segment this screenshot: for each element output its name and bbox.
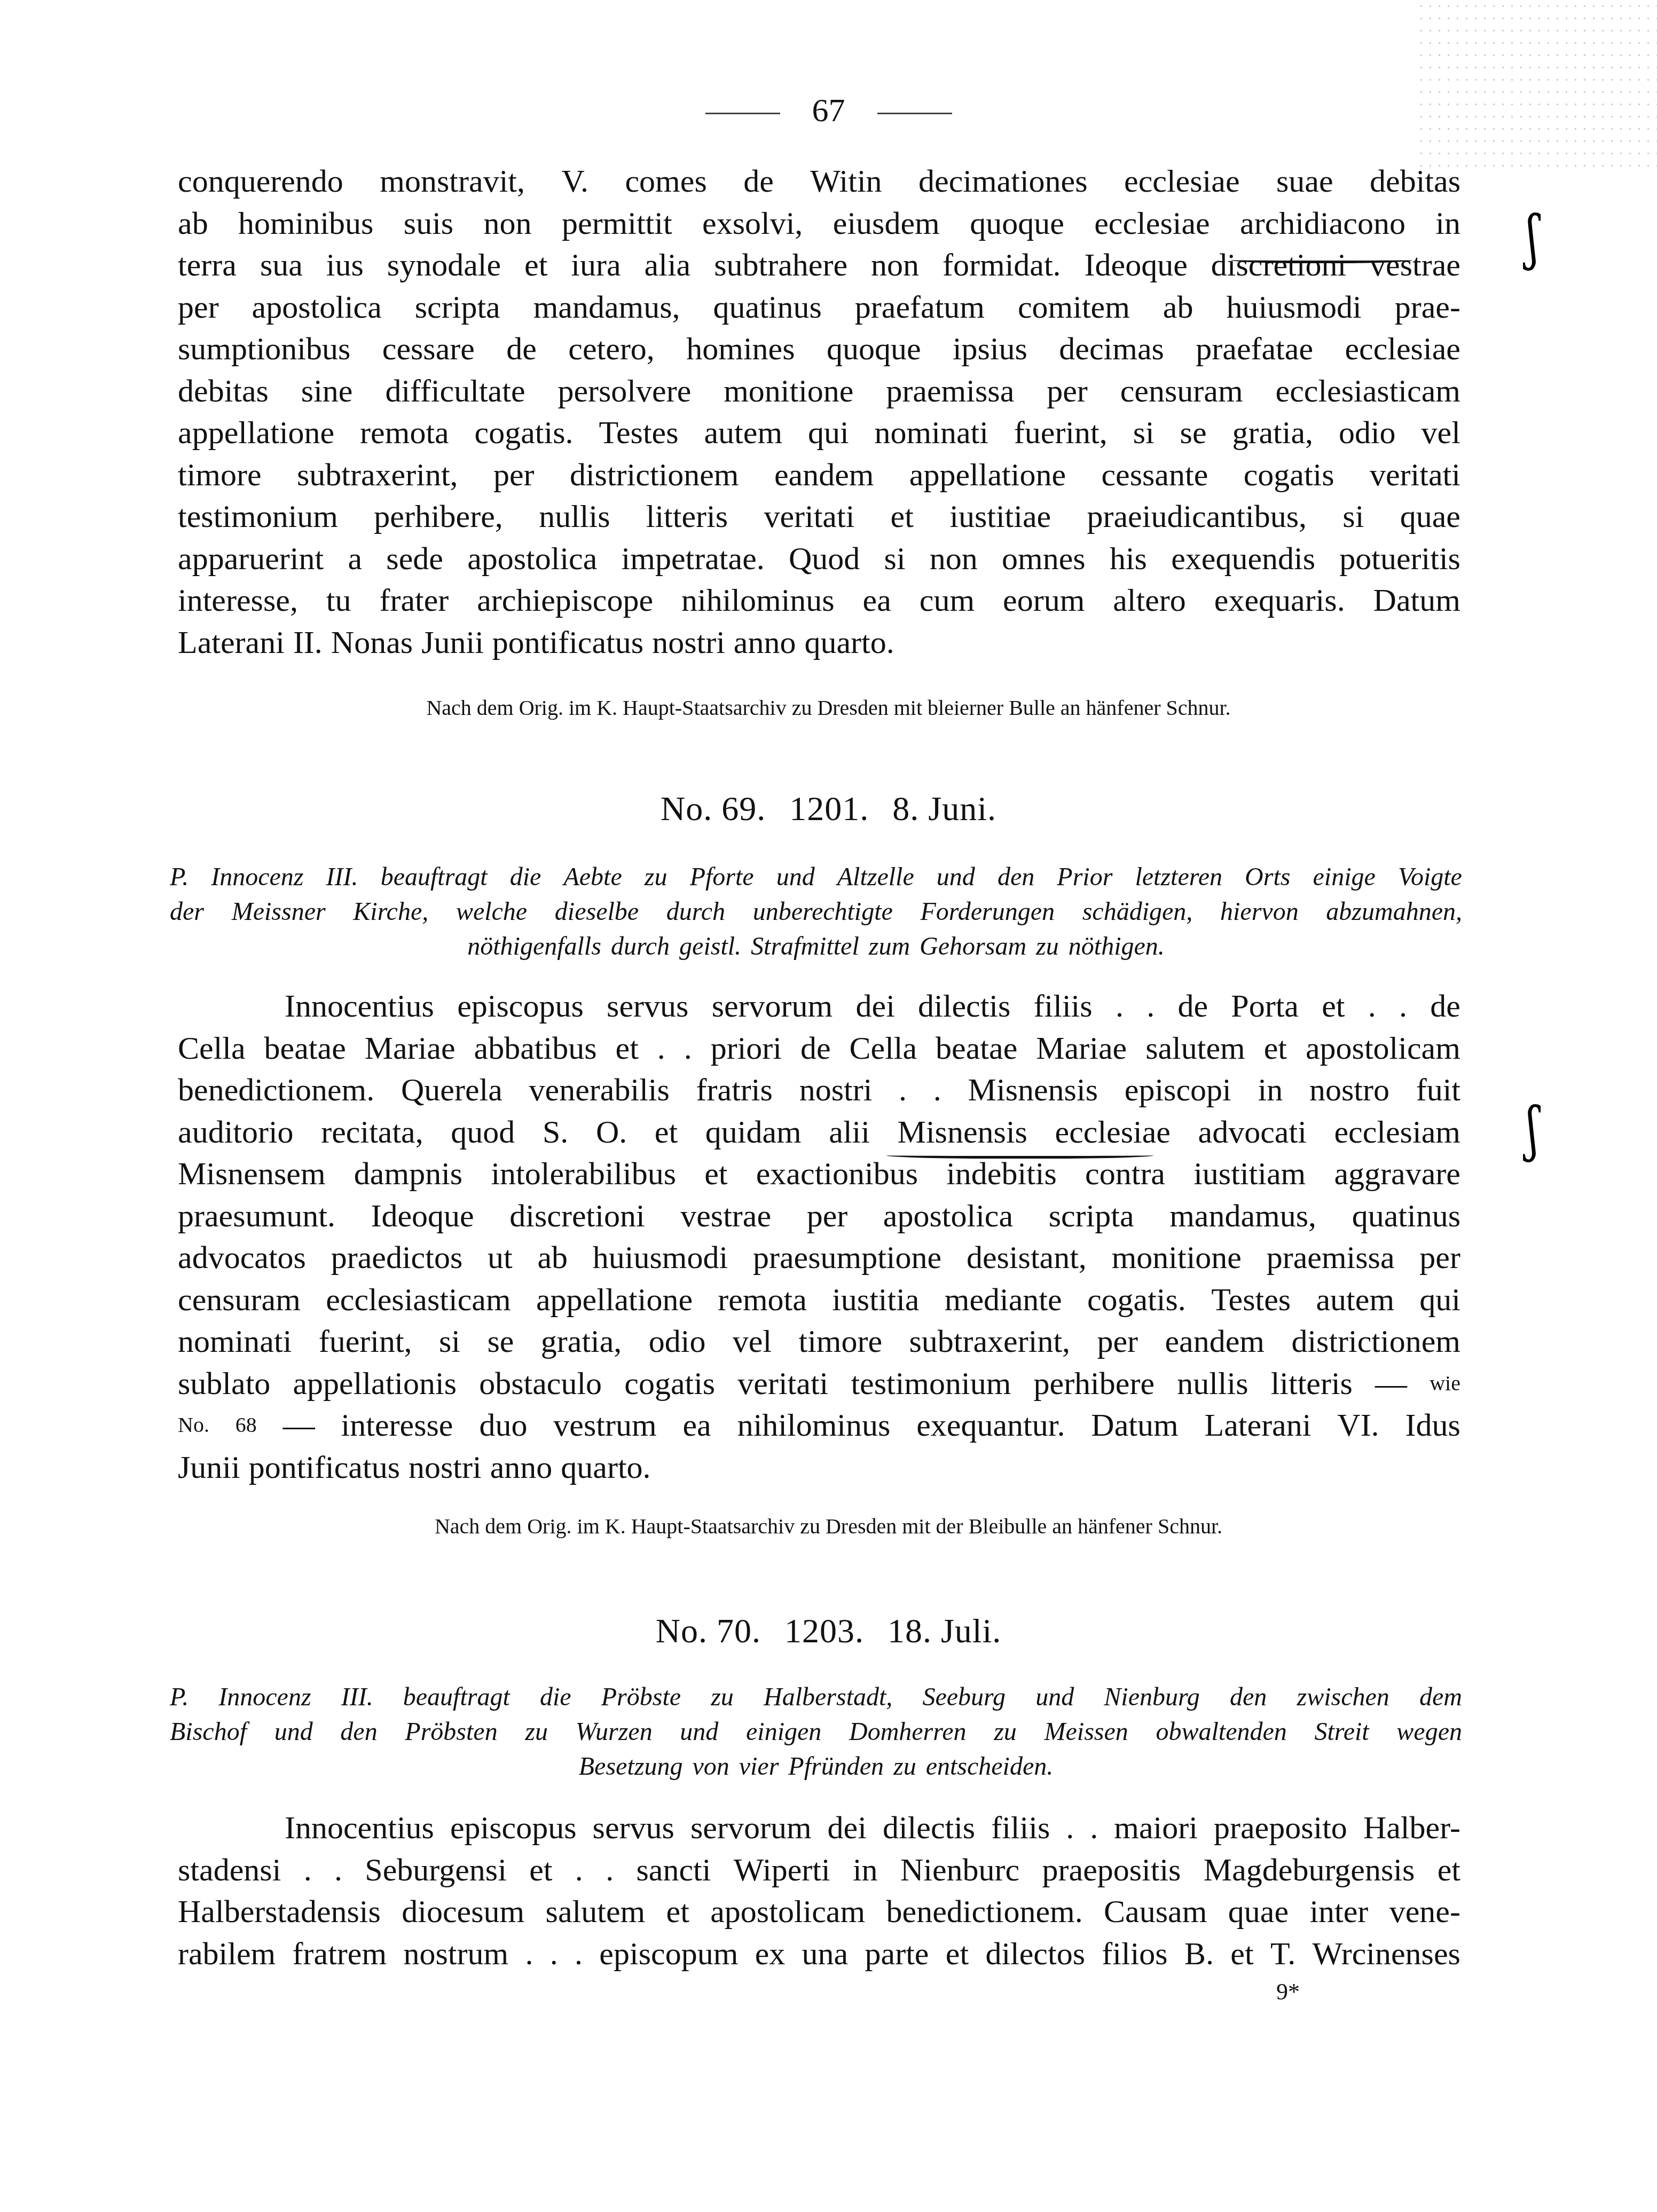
word: qui	[1419, 1279, 1460, 1321]
word: desistant,	[967, 1237, 1087, 1279]
word: si	[1133, 412, 1155, 454]
word: .	[606, 1849, 614, 1891]
word: Nonas	[331, 621, 413, 664]
word: T.	[1270, 1933, 1295, 1975]
word: huiusmodi	[1226, 286, 1361, 328]
word: vestrae	[680, 1195, 771, 1237]
word: vestrum	[553, 1404, 656, 1446]
word: welche	[456, 894, 527, 929]
word: zu	[1036, 929, 1059, 964]
word: .	[1090, 1807, 1098, 1849]
word: und	[937, 860, 975, 894]
word: et	[891, 495, 914, 538]
word: litteris	[646, 495, 728, 538]
word: monstravit,	[380, 160, 525, 202]
word: ab	[1163, 286, 1193, 328]
word: Testes	[599, 412, 678, 454]
word: benedictionem.	[886, 1891, 1083, 1933]
word: altero	[1113, 579, 1186, 621]
word: nominati	[875, 412, 988, 454]
word: den	[998, 860, 1034, 894]
word: durch	[611, 929, 670, 964]
text-line: sumptionibuscessaredecetero,hominesquoqu…	[178, 328, 1460, 370]
word: districtionem	[570, 454, 739, 496]
word: Seeburg	[923, 1680, 1006, 1714]
word: zu	[994, 1714, 1017, 1749]
entry-69-heading: No. 69.1201.8. Juni.	[0, 789, 1657, 829]
text-line: Innocentiusepiscopusservusservorumdeidil…	[178, 1807, 1460, 1849]
word: praemissa	[886, 370, 1014, 412]
word: formidat.	[943, 244, 1061, 286]
word: —	[1375, 1363, 1407, 1405]
word: indebitis	[946, 1153, 1057, 1195]
margin-mark-icon: ʃ	[1527, 1095, 1538, 1163]
word: comes	[625, 160, 706, 202]
entry-number: No. 70.	[656, 1612, 761, 1650]
word: praedictos	[331, 1237, 463, 1279]
word: Misnensem	[178, 1153, 326, 1195]
word: eandem	[774, 454, 874, 496]
word: Cella	[850, 1027, 917, 1069]
word: de	[800, 1027, 831, 1069]
word: Pröbsten	[405, 1714, 497, 1749]
word: quoque	[827, 328, 921, 370]
word: 68	[235, 1404, 257, 1446]
word: iustitia	[832, 1279, 919, 1321]
word: decimas	[1059, 328, 1164, 370]
word: quoque	[970, 202, 1064, 245]
word: .	[1066, 1807, 1074, 1849]
word: zu	[525, 1714, 548, 1749]
word: appellationis	[293, 1363, 457, 1405]
word: per	[178, 286, 219, 328]
word: .	[657, 1027, 665, 1069]
word: ea	[863, 579, 891, 621]
word: dampnis	[354, 1153, 462, 1195]
word: praesumptione	[753, 1237, 941, 1279]
word: Junii	[178, 1446, 240, 1489]
word: S.	[543, 1111, 568, 1153]
word: hominibus	[238, 202, 373, 245]
text-line: rabilemfratremnostrum...episcopumexunapa…	[178, 1933, 1460, 1975]
word: sumptionibus	[178, 328, 350, 370]
word: Domherren	[849, 1714, 967, 1749]
word: omnes	[1002, 538, 1086, 580]
word: de	[506, 328, 537, 370]
text-line: CellabeataeMariaeabbatibuset..priorideCe…	[178, 1027, 1460, 1069]
word: odio	[1339, 412, 1396, 454]
word: ecclesiasticam	[326, 1279, 511, 1321]
document-68-continuation: conquerendomonstravit,V.comesdeWitindeci…	[178, 160, 1460, 663]
word: autem	[704, 412, 782, 454]
word: si	[439, 1320, 460, 1363]
word: dem	[1419, 1680, 1462, 1714]
text-line: censuramecclesiasticamappellationeremota…	[178, 1279, 1460, 1321]
signature-mark: 9*	[1276, 1978, 1300, 2005]
word: Strafmittel	[751, 929, 859, 964]
word: Halberstadt,	[764, 1680, 892, 1714]
word: nostri	[409, 1446, 482, 1489]
word: exsolvi,	[702, 202, 803, 245]
word: contra	[1085, 1153, 1165, 1195]
word: difficultate	[385, 370, 525, 412]
word: districtionem	[1291, 1320, 1460, 1363]
word: appellatione	[178, 412, 334, 454]
word: wegen	[1396, 1714, 1462, 1749]
word: archidiacono	[1240, 202, 1405, 245]
word: ut	[488, 1237, 513, 1279]
text-line: sublatoappellationisobstaculocogatisveri…	[178, 1363, 1460, 1405]
text-line: Juniipontificatusnostriannoquarto.	[178, 1446, 1460, 1489]
word: cetero,	[568, 328, 655, 370]
text-line: debitassinedifficultatepersolveremonitio…	[178, 370, 1460, 412]
word: und	[776, 860, 815, 894]
word: Misnensis	[968, 1069, 1098, 1111]
word: per	[493, 454, 535, 496]
word: discretioni	[509, 1195, 645, 1237]
word: se	[1180, 412, 1207, 454]
word: vestrae	[1370, 244, 1460, 286]
word: mediante	[945, 1279, 1062, 1321]
word: servorum	[690, 1807, 812, 1849]
word: per	[807, 1195, 848, 1237]
word: .	[1146, 985, 1155, 1027]
word: quatinus	[1352, 1195, 1460, 1237]
word: praefatae	[1196, 328, 1313, 370]
word: impetratae.	[622, 538, 765, 580]
word: cessare	[382, 328, 475, 370]
word: nullis	[539, 495, 610, 538]
word: de	[743, 160, 774, 202]
text-line: benedictionem.Querelavenerabilisfratrisn…	[178, 1069, 1460, 1111]
word: si	[884, 538, 906, 580]
text-line: No.68—interesseduovestrumeanihilominusex…	[178, 1404, 1460, 1446]
word: salutem	[1145, 1027, 1245, 1069]
word: non	[930, 538, 978, 580]
word: Prior	[1057, 860, 1112, 894]
word: et	[946, 1933, 969, 1975]
word: Pfründen	[788, 1749, 884, 1784]
word: einige	[1313, 860, 1376, 894]
word: Innocentius	[285, 985, 434, 1027]
word: apostolicam	[1306, 1027, 1460, 1069]
word: dei	[856, 985, 895, 1027]
word: anno	[734, 621, 796, 664]
word: nostri	[799, 1069, 873, 1111]
word: B.	[1184, 1933, 1214, 1975]
word: quidam	[705, 1111, 802, 1153]
word: frater	[379, 579, 449, 621]
word: sua	[260, 244, 303, 286]
text-line: stadensi..Seburgensiet..sanctiWipertiinN…	[178, 1849, 1460, 1891]
word: scripta	[415, 286, 500, 328]
word: fratris	[696, 1069, 773, 1111]
word: praeposito	[1214, 1807, 1347, 1849]
word: Laterani	[178, 621, 285, 664]
word: dilectis	[883, 1807, 975, 1849]
word: Idus	[1405, 1404, 1460, 1446]
word: exequaris.	[1214, 579, 1345, 621]
word: Voigte	[1398, 860, 1462, 894]
word: Cella	[178, 1027, 246, 1069]
word: cogatis.	[1087, 1279, 1186, 1321]
word: Ideoque	[1085, 244, 1188, 286]
word: parte	[865, 1933, 929, 1975]
text-line: abhominibussuisnonpermittitexsolvi,eiusd…	[178, 202, 1460, 245]
word: nöthigenfalls	[467, 929, 601, 964]
word: Junii	[421, 621, 484, 664]
word: remota	[360, 412, 449, 454]
word: cogatis	[1244, 454, 1334, 496]
word: filiis	[991, 1807, 1050, 1849]
word: apostolicam	[710, 1891, 865, 1933]
word: filiis	[1034, 985, 1093, 1027]
word: geistl.	[679, 929, 741, 964]
word: abzumahnen,	[1326, 894, 1462, 929]
word: ecclesiasticam	[1276, 370, 1460, 412]
word: .	[550, 1933, 558, 1975]
word: exequendis	[1171, 538, 1315, 580]
word: quae	[1400, 495, 1460, 538]
word: cogatis.	[475, 412, 574, 454]
word: sancti	[636, 1849, 711, 1891]
text-line: interesse,tufraterarchiepiscopenihilomin…	[178, 579, 1460, 621]
source-note-68: Nach dem Orig. im K. Haupt-Staatsarchiv …	[0, 695, 1657, 720]
word: se	[487, 1320, 514, 1363]
word: Mariae	[1036, 1027, 1127, 1069]
word: odio	[649, 1320, 706, 1363]
word: unberechtigte	[753, 894, 893, 929]
word: Querela	[401, 1069, 502, 1111]
word: nullis	[1177, 1363, 1248, 1405]
word: archiepiscope	[477, 579, 653, 621]
word: quarto.	[804, 621, 894, 664]
word: perhibere	[1034, 1363, 1155, 1405]
word: testimonium	[178, 495, 338, 538]
word: maiori	[1114, 1807, 1198, 1849]
word: Wrcinenses	[1312, 1933, 1460, 1975]
word: intolerabilibus	[491, 1153, 676, 1195]
word: et	[1438, 1849, 1460, 1891]
word: cessante	[1101, 454, 1208, 496]
word: apostolica	[252, 286, 382, 328]
word: .	[525, 1933, 533, 1975]
word: a	[348, 538, 362, 580]
word: Aebte	[563, 860, 622, 894]
word: ecclesiam	[1334, 1111, 1460, 1153]
word: Halberstadensis	[178, 1891, 381, 1933]
word: non	[484, 202, 532, 245]
word: Nienburg	[1104, 1680, 1200, 1714]
word: suis	[404, 202, 453, 245]
word: .	[575, 1933, 583, 1975]
word: inter	[1309, 1891, 1368, 1933]
word: subtraxerint,	[909, 1320, 1070, 1363]
word: obwaltenden	[1156, 1714, 1286, 1749]
word: ea	[682, 1404, 711, 1446]
entry-number: No. 69.	[661, 790, 766, 828]
word: Datum	[1091, 1404, 1178, 1446]
word: nihilominus	[681, 579, 835, 621]
word: in	[1258, 1069, 1283, 1111]
word: Altzelle	[837, 860, 914, 894]
text-line: nominatifuerint,sisegratia,odioveltimore…	[178, 1320, 1460, 1363]
word: nostri	[652, 621, 725, 664]
entry-year: 1203.	[784, 1612, 864, 1650]
word: V.	[561, 160, 588, 202]
text-line: Misnensemdampnisintolerabilibusetexactio…	[178, 1153, 1460, 1195]
page-number-text: 67	[812, 92, 845, 129]
word: obstaculo	[479, 1363, 602, 1405]
word: interesse	[341, 1404, 453, 1446]
word: beauftragt	[403, 1680, 510, 1714]
word: fuerint,	[319, 1320, 412, 1363]
word: in	[1435, 202, 1460, 245]
word: aggravare	[1334, 1153, 1460, 1195]
word: anno	[490, 1446, 553, 1489]
word: beatae	[264, 1027, 346, 1069]
word: Wiperti	[734, 1849, 830, 1891]
word: den	[1230, 1680, 1267, 1714]
page-number: 67	[0, 92, 1657, 130]
word: Innocenz	[211, 860, 303, 894]
handwritten-underline	[886, 1151, 1153, 1159]
word: iustitiam	[1193, 1153, 1306, 1195]
word: .	[575, 1849, 583, 1891]
word: et	[1264, 1027, 1287, 1069]
word: discretioni	[1211, 244, 1346, 286]
word: salutem	[546, 1891, 646, 1933]
word: ecclesiae	[1124, 160, 1239, 202]
word: censuram	[1120, 370, 1243, 412]
word: vene-	[1389, 1891, 1460, 1933]
word: .	[304, 1849, 312, 1891]
text-line: terrasuaiussynodaleetiuraaliasubtraheren…	[178, 244, 1460, 286]
word: episcopi	[1125, 1069, 1231, 1111]
word: Bischof	[170, 1714, 247, 1749]
word: Ideoque	[371, 1195, 474, 1237]
word: apparuerint	[178, 538, 324, 580]
margin-mark-icon: ʃ	[1527, 203, 1538, 271]
word: eiusdem	[833, 202, 940, 245]
word: fuit	[1416, 1069, 1460, 1111]
word: der	[170, 894, 204, 929]
word: Besetzung	[579, 1749, 683, 1784]
word: praepositis	[1042, 1849, 1181, 1891]
word: veritati	[764, 495, 854, 538]
word: mandamus,	[533, 286, 680, 328]
word: et	[524, 244, 547, 286]
word: Laterani	[1205, 1404, 1312, 1446]
word: .	[1116, 985, 1124, 1027]
word: et	[616, 1027, 639, 1069]
text-line: P.InnocenzIII.beauftragtdieAebtezuPforte…	[170, 860, 1462, 894]
word: quae	[1228, 1891, 1289, 1933]
word: monitione	[724, 370, 853, 412]
word: Meissner	[232, 894, 326, 929]
word: fratrem	[293, 1933, 387, 1975]
word: in	[853, 1849, 878, 1891]
word: beauftragt	[381, 860, 488, 894]
word: Porta	[1231, 985, 1299, 1027]
word: schädigen,	[1082, 894, 1193, 929]
word: et	[666, 1891, 689, 1933]
word: timore	[178, 454, 262, 496]
word: diocesum	[402, 1891, 524, 1933]
word: praemissa	[1267, 1237, 1395, 1279]
word: alii	[829, 1111, 870, 1153]
text-line: nöthigenfallsdurchgeistl.StrafmittelzumG…	[170, 929, 1462, 964]
word: debitas	[178, 370, 269, 412]
word: ius	[326, 244, 364, 286]
word: quod	[451, 1111, 515, 1153]
text-line: auditoriorecitata,quodS.O.etquidamaliiMi…	[178, 1111, 1460, 1153]
word: fuerint,	[1014, 412, 1108, 454]
entry-70-heading: No. 70.1203.18. Juli.	[0, 1611, 1657, 1651]
word: terra	[178, 244, 237, 286]
word: Orts	[1245, 860, 1290, 894]
text-line: testimoniumperhibere,nullislitterisverit…	[178, 495, 1460, 538]
entry-70-summary: P.InnocenzIII.beauftragtdiePröbstezuHalb…	[170, 1680, 1462, 1784]
word: sublato	[178, 1363, 270, 1405]
word: entscheiden.	[926, 1749, 1054, 1784]
word: comitem	[1018, 286, 1130, 328]
word: timore	[798, 1320, 882, 1363]
word: Datum	[1373, 579, 1460, 621]
text-line: Halberstadensisdiocesumsalutemetapostoli…	[178, 1891, 1460, 1933]
word: stadensi	[178, 1849, 281, 1891]
word: wie	[1430, 1363, 1460, 1405]
word: Testes	[1211, 1279, 1291, 1321]
word: .	[684, 1027, 692, 1069]
word: .	[899, 1069, 907, 1111]
word: recitata,	[321, 1111, 423, 1153]
word: dilectis	[918, 985, 1010, 1027]
text-line: derMeissnerKirche,welchedieselbedurchunb…	[170, 894, 1462, 929]
word: .	[933, 1069, 941, 1111]
word: mandamus,	[1169, 1195, 1316, 1237]
word: iustitiae	[949, 495, 1051, 538]
word: und	[1035, 1680, 1074, 1714]
entry-date: 18. Juli.	[888, 1612, 1001, 1650]
word: zu	[711, 1680, 734, 1714]
word: per	[1419, 1237, 1460, 1279]
word: advocatos	[178, 1237, 306, 1279]
word: —	[283, 1404, 315, 1446]
word: iura	[571, 244, 621, 286]
word: quarto.	[561, 1446, 650, 1489]
word: den	[340, 1714, 377, 1749]
word: si	[1342, 495, 1364, 538]
word: und	[274, 1714, 313, 1749]
word: per	[1047, 370, 1088, 412]
word: et	[1322, 985, 1345, 1027]
word: dieselbe	[555, 894, 639, 929]
word: non	[871, 244, 919, 286]
word: priori	[711, 1027, 782, 1069]
word: una	[802, 1933, 849, 1975]
word: subtraxerint,	[297, 454, 458, 496]
word: decimationes	[918, 160, 1088, 202]
word: exequantur.	[916, 1404, 1065, 1446]
word: servorum	[712, 985, 833, 1027]
word: No.	[178, 1404, 209, 1446]
word: episcopus	[450, 1807, 577, 1849]
word: zwischen	[1297, 1680, 1389, 1714]
word: P.	[170, 860, 189, 894]
word: Seburgensi	[365, 1849, 507, 1891]
word: cum	[920, 579, 975, 621]
